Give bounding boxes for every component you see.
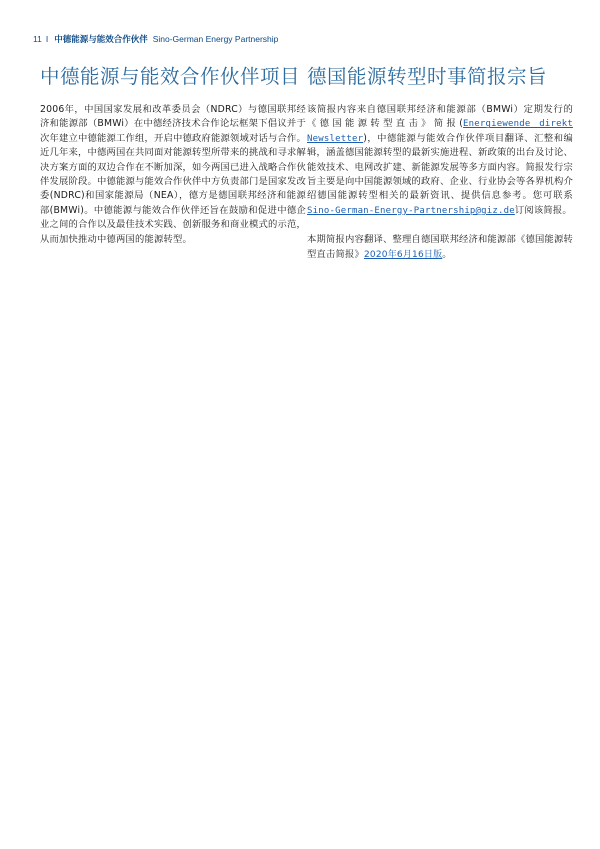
running-header: 11I中德能源与能效合作伙伴Sino-German Energy Partner… — [33, 33, 278, 45]
partnership-heading: 中德能源与能效合作伙伴项目 — [40, 64, 306, 90]
issue-date-link[interactable]: 2020年6月16日版 — [364, 250, 442, 260]
header-separator: I — [46, 34, 48, 44]
partnership-paragraph: 2006年，中国国家发展和改革委员会（NDRC）与德国联邦经济和能源部（BMWi… — [40, 103, 306, 247]
email-link[interactable]: Sino-German-Energy-Partnership@giz.de — [307, 206, 515, 216]
right-column: 德国能源转型时事简报宗旨 该简报内容来自德国联邦经济和能源部（BMWi）定期发行… — [307, 64, 573, 262]
page-number: 11 — [33, 34, 42, 44]
header-title-cn: 中德能源与能效合作伙伴 — [54, 35, 148, 45]
text-segment: 订阅该简报。 — [515, 205, 572, 216]
text-segment: 。 — [442, 249, 452, 260]
newsletter-purpose-heading: 德国能源转型时事简报宗旨 — [307, 64, 573, 90]
left-column: 中德能源与能效合作伙伴项目 2006年，中国国家发展和改革委员会（NDRC）与德… — [40, 64, 306, 247]
header-title-en: Sino-German Energy Partnership — [153, 34, 279, 44]
newsletter-purpose-paragraph: 该简报内容来自德国联邦经济和能源部（BMWi）定期发行的《德国能源转型直击》简报… — [307, 103, 573, 218]
issue-source-paragraph: 本期简报内容翻译、整理自德国联邦经济和能源部《德国能源转型直击简报》2020年6… — [307, 233, 573, 262]
